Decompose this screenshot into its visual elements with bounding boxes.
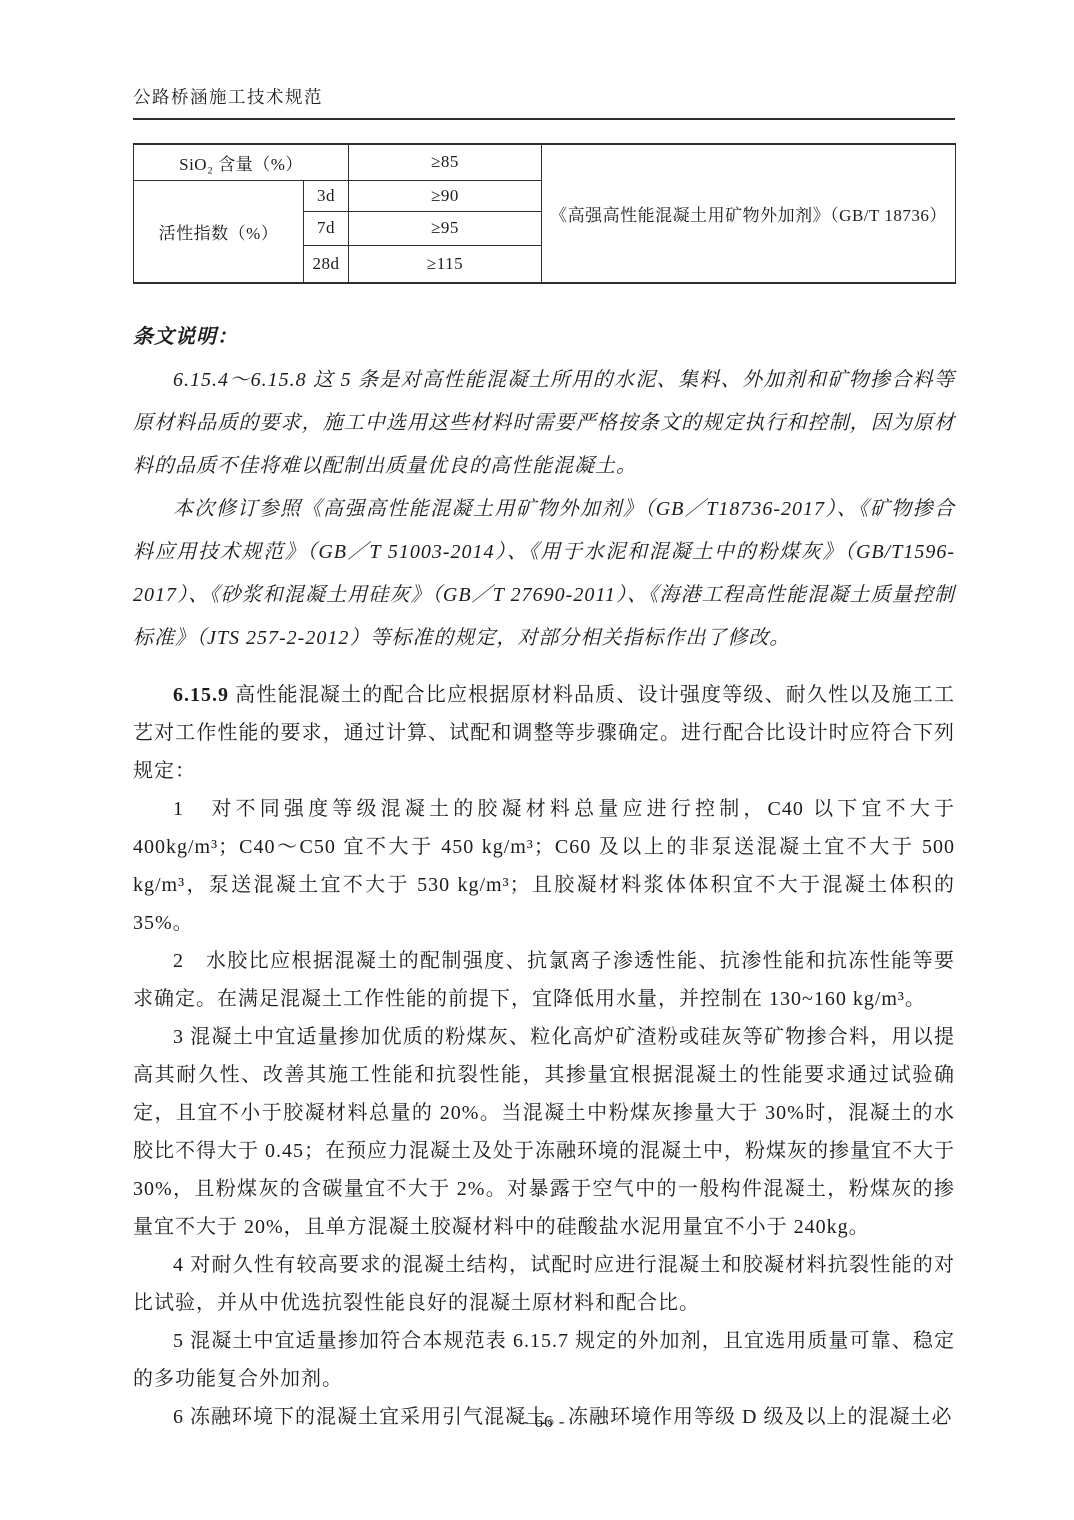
clause-item-2: 2 水胶比应根据混凝土的配制强度、抗氯离子渗透性能、抗渗性能和抗冻性能等要求确定… — [133, 942, 955, 1018]
cell-age-3d: 3d — [304, 180, 349, 211]
cell-value-28d: ≥115 — [349, 245, 542, 283]
cell-value-7d: ≥95 — [349, 211, 542, 245]
cell-value-3d: ≥90 — [349, 180, 542, 211]
clause-item-5: 5 混凝土中宜适量掺加符合本规范表 6.15.7 规定的外加剂，且宜选用质量可靠… — [133, 1322, 955, 1398]
body-content: 条文说明： 6.15.4～6.15.8 这 5 条是对高性能混凝土所用的水泥、集… — [133, 316, 955, 1436]
cell-age-7d: 7d — [304, 211, 349, 245]
section-title-commentary: 条文说明： — [133, 316, 955, 359]
commentary-paragraph-1: 6.15.4～6.15.8 这 5 条是对高性能混凝土所用的水泥、集料、外加剂和… — [133, 359, 955, 488]
table-row: SiO₂ 含量（%） ≥85 《高强高性能混凝土用矿物外加剂》（GB/T 187… — [134, 144, 956, 180]
page-number: - 66 - — [133, 1412, 955, 1432]
clause-number: 6.15.9 — [173, 684, 229, 706]
cell-standard-reference: 《高强高性能混凝土用矿物外加剂》（GB/T 18736） — [542, 144, 956, 283]
clause-item-4: 4 对耐久性有较高要求的混凝土结构，试配时应进行混凝土和胶凝材料抗裂性能的对比试… — [133, 1246, 955, 1322]
clause-item-1: 1 对不同强度等级混凝土的胶凝材料总量应进行控制，C40 以下宜不大于 400k… — [133, 790, 955, 942]
document-page: 公路桥涵施工技术规范 SiO₂ 含量（%） ≥85 《高强高性能混凝土用矿物外加… — [0, 0, 1074, 1520]
cell-sio2-label: SiO₂ 含量（%） — [134, 144, 349, 180]
commentary-paragraph-2: 本次修订参照《高强高性能混凝土用矿物外加剂》（GB／T18736-2017）、《… — [133, 488, 955, 660]
document-title: 公路桥涵施工技术规范 — [133, 87, 323, 107]
cell-age-28d: 28d — [304, 245, 349, 283]
clause-text: 高性能混凝土的配合比应根据原材料品质、设计强度等级、耐久性以及施工工艺对工作性能… — [133, 684, 955, 782]
mineral-admixture-spec-table: SiO₂ 含量（%） ≥85 《高强高性能混凝土用矿物外加剂》（GB/T 187… — [133, 143, 956, 284]
cell-activity-label: 活性指数（%） — [134, 180, 304, 283]
running-header: 公路桥涵施工技术规范 — [133, 84, 955, 120]
clause-6-15-9: 6.15.9 高性能混凝土的配合比应根据原材料品质、设计强度等级、耐久性以及施工… — [133, 676, 955, 790]
clause-item-3: 3 混凝土中宜适量掺加优质的粉煤灰、粒化高炉矿渣粉或硅灰等矿物掺合料，用以提高其… — [133, 1018, 955, 1246]
cell-sio2-value: ≥85 — [349, 144, 542, 180]
